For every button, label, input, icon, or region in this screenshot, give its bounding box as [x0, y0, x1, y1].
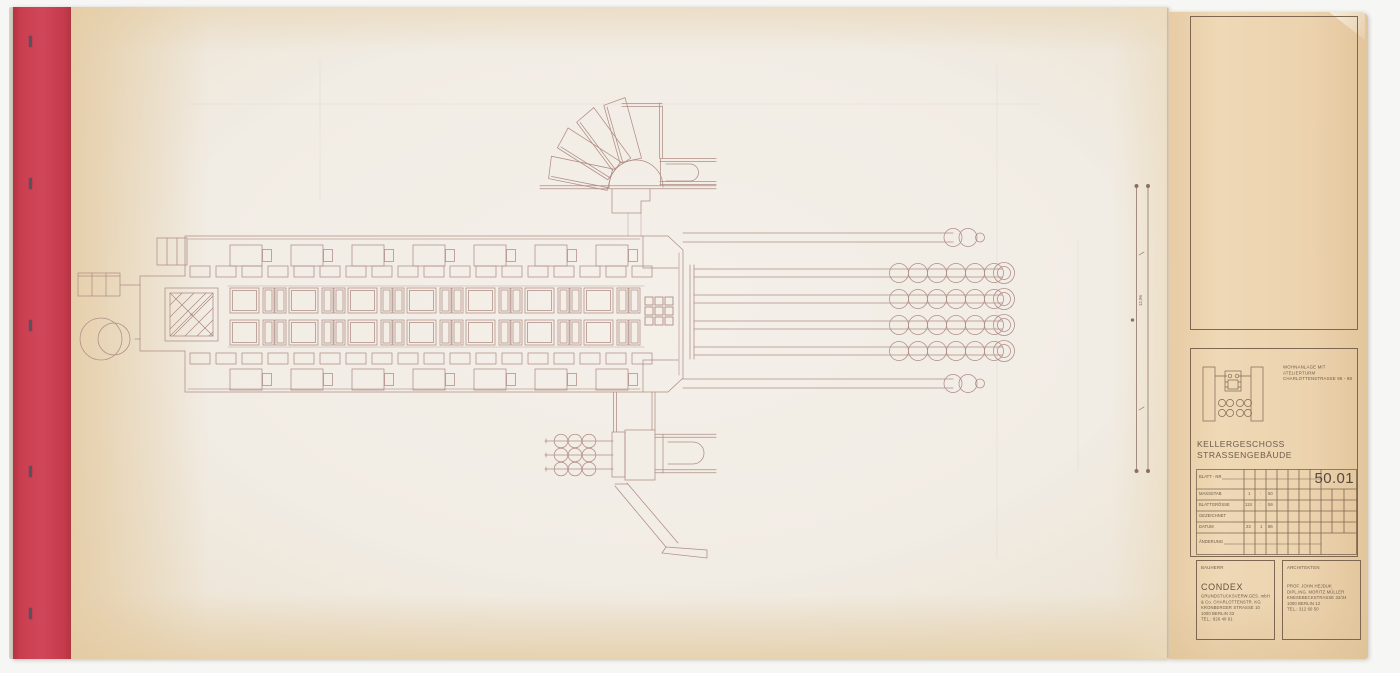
car-row-top	[230, 245, 638, 266]
sheet-number: 50.01	[1314, 470, 1354, 487]
address-line: GRUNDSTÜCKSVERW.GES. mbH	[1201, 594, 1270, 600]
table-value: 50	[1268, 492, 1273, 496]
table-label: DATUM	[1199, 525, 1214, 529]
address-line: TEL.: 826 40 91	[1201, 617, 1270, 623]
table-value: 1	[1260, 525, 1262, 529]
caption-line: CHARLOTTENSTRASSE 96 - 98	[1283, 376, 1352, 382]
architekten-address: PROF. JOHN HEJDUK DIPL.ING. MORITZ MÜLLE…	[1287, 584, 1347, 613]
bauherr-label: BAUHERR	[1201, 566, 1224, 570]
table-value: 1	[1248, 492, 1250, 496]
address-line: TEL.: 312 60 50	[1287, 607, 1347, 613]
drawing-title-line: STRASSENGEBÄUDE	[1197, 450, 1292, 461]
key-plan-diagram	[1201, 361, 1265, 427]
table-label: GEZEICHNET	[1199, 514, 1226, 518]
bauherr-panel: BAUHERR CONDEX GRUNDSTÜCKSVERW.GES. mbH …	[1196, 560, 1275, 640]
bauherr-address: GRUNDSTÜCKSVERW.GES. mbH & Co. CHARLOTTE…	[1201, 594, 1270, 623]
architekten-label: ARCHITEKTEN	[1287, 566, 1320, 570]
address-line: KNESEBECKSTRASSE 32/34	[1287, 595, 1347, 601]
table-label: BLATT - NR	[1199, 475, 1221, 479]
title-block-panel: WOHNANLAGE MIT ATELIERTURM CHARLOTTENSTR…	[1169, 12, 1368, 659]
title-block-info-panel: WOHNANLAGE MIT ATELIERTURM CHARLOTTENSTR…	[1190, 348, 1358, 557]
ramp-structure	[545, 392, 716, 558]
table-value: :	[1260, 503, 1261, 507]
stair-bay	[140, 276, 218, 351]
bay-rows	[228, 286, 644, 347]
bauherr-name: CONDEX	[1201, 582, 1243, 592]
grid-block	[645, 297, 673, 325]
cell-band-bottom	[190, 353, 652, 364]
table-label: ÄNDERUNG	[1199, 540, 1223, 544]
cell-band-top	[190, 266, 652, 277]
fan-structure	[540, 97, 716, 236]
table-value: 59	[1268, 503, 1273, 507]
scanned-drawing-page: 12,96 WOHNANLAGE	[0, 0, 1400, 673]
sheet-data-table: 50.01 BLATT - NR MASSSTAB BLATTGRÖSSE GE…	[1196, 469, 1357, 555]
table-value: 23	[1246, 525, 1251, 529]
architekten-panel: ARCHITEKTEN PROF. JOHN HEJDUK DIPL.ING. …	[1282, 560, 1361, 640]
dimension-label: 12,96	[1139, 295, 1143, 306]
drawing-title-line: KELLERGESCHOSS	[1197, 439, 1292, 450]
ghost-lines	[190, 60, 1078, 558]
table-value: 124	[1245, 503, 1252, 507]
table-label: MASSSTAB	[1199, 492, 1222, 496]
entry-structures	[78, 273, 140, 360]
tube-rows	[683, 229, 1015, 393]
table-label: BLATTGRÖSSE	[1199, 503, 1230, 507]
table-value: :	[1260, 492, 1261, 496]
plan-linework	[78, 60, 1150, 558]
dimension-line	[1131, 184, 1149, 472]
drawing-title: KELLERGESCHOSS STRASSENGEBÄUDE	[1197, 439, 1292, 460]
car-row-bottom	[230, 369, 638, 390]
title-block-empty-panel	[1190, 16, 1358, 330]
table-value: 86	[1268, 525, 1273, 529]
garage-hall-outline	[157, 236, 683, 392]
address-line: KRONBERGER STRASSE 10	[1201, 605, 1270, 611]
key-plan-caption: WOHNANLAGE MIT ATELIERTURM CHARLOTTENSTR…	[1283, 365, 1352, 382]
